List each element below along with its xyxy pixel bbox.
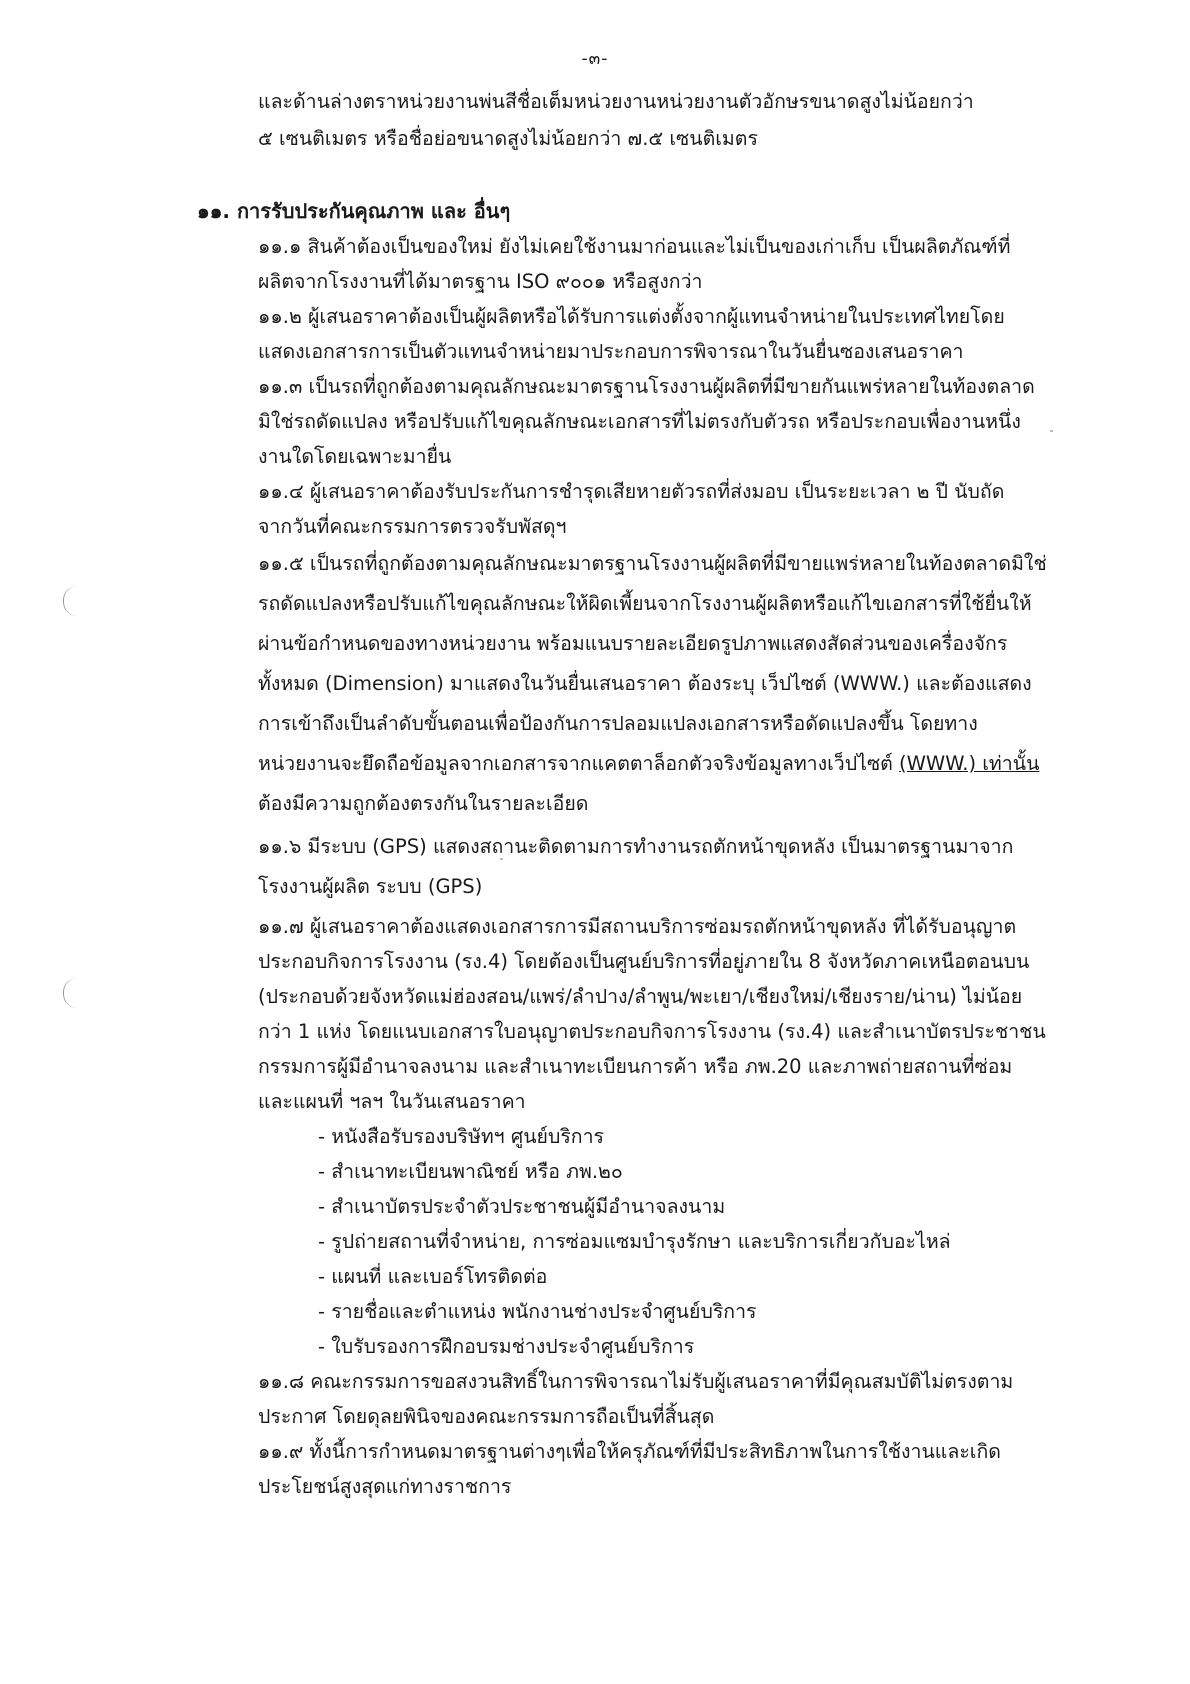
paragraph-line: การเข้าถึงเป็นลำดับขั้นตอนเพื่อป้องกันกา… <box>258 710 978 738</box>
paragraph-line: ๑๑.๔ ผู้เสนอราคาต้องรับประกันการชำรุดเสี… <box>258 478 1004 506</box>
bullet-item: - แผนที่ และเบอร์โทรติดต่อ <box>318 1263 547 1291</box>
bullet-item: - ใบรับรองการฝึกอบรมช่างประจำศูนย์บริการ <box>318 1333 694 1361</box>
paragraph-line: หน่วยงานจะยึดถือข้อมูลจากเอกสารจากแคตตาล… <box>258 750 1039 778</box>
underlined-website-text: (WWW.) เท่านั้น <box>899 752 1039 775</box>
paragraph-line: ประโยชน์สูงสุดแก่ทางราชการ <box>258 1473 511 1501</box>
paragraph-line: ผ่านข้อกำหนดของทางหน่วยงาน พร้อมแนบรายละ… <box>258 630 1007 658</box>
paragraph-line: ๑๑.๖ มีระบบ (GPS) แสดงสถานะติดตามการทำงา… <box>258 833 1013 861</box>
punch-hole-mark <box>63 586 78 616</box>
paragraph-line: ๑๑.๓ เป็นรถที่ถูกต้องตามคุณลักษณะมาตรฐาน… <box>258 373 1035 401</box>
paragraph-line: และแผนที่ ฯลฯ ในวันเสนอราคา <box>258 1088 526 1116</box>
paragraph-line: มิใช่รถดัดแปลง หรือปรับแก้ไขคุณลักษณะเอก… <box>258 408 1021 436</box>
paragraph-line: (ประกอบด้วยจังหวัดแม่ฮ่องสอน/แพร่/ลำปาง/… <box>258 983 1022 1011</box>
paragraph-text: หน่วยงานจะยึดถือข้อมูลจากเอกสารจากแคตตาล… <box>258 752 899 775</box>
page-number: -๓- <box>0 45 1190 72</box>
paragraph-line: ๑๑.๕ เป็นรถที่ถูกต้องตามคุณลักษณะมาตรฐาน… <box>258 550 1047 578</box>
scan-speck <box>1050 430 1053 432</box>
bullet-item: - รายชื่อและตำแหน่ง พนักงานช่างประจำศูนย… <box>318 1298 757 1326</box>
intro-line: ๕ เซนติเมตร หรือชื่อย่อขนาดสูงไม่น้อยกว่… <box>258 125 758 153</box>
scan-speck <box>500 858 503 860</box>
bullet-item: - หนังสือรับรองบริษัทฯ ศูนย์บริการ <box>318 1123 604 1151</box>
intro-line: และด้านล่างตราหน่วยงานพ่นสีชื่อเต็มหน่วย… <box>258 88 974 116</box>
paragraph-line: ประกอบกิจการโรงงาน (รง.4) โดยต้องเป็นศูน… <box>258 948 1029 976</box>
bullet-item: - สำเนาทะเบียนพาณิชย์ หรือ ภพ.๒๐ <box>318 1158 623 1186</box>
punch-hole-mark <box>63 978 78 1008</box>
paragraph-line: ๑๑.๘ คณะกรรมการขอสงวนสิทธิ์ในการพิจารณาไ… <box>258 1368 1013 1396</box>
paragraph-line: รถดัดแปลงหรือปรับแก้ไขคุณลักษณะให้ผิดเพี… <box>258 590 1032 618</box>
paragraph-line: งานใดโดยเฉพาะมายื่น <box>258 443 451 471</box>
paragraph-line: กรรมการผู้มีอำนาจลงนาม และสำเนาทะเบียนกา… <box>258 1053 1012 1081</box>
paragraph-line: กว่า 1 แห่ง โดยแนบเอกสารใบอนุญาตประกอบกิ… <box>258 1018 1046 1046</box>
bullet-item: - รูปถ่ายสถานที่จำหน่าย, การซ่อมแซมบำรุง… <box>318 1228 951 1256</box>
paragraph-line: โรงงานผู้ผลิต ระบบ (GPS) <box>258 873 482 901</box>
paragraph-line: ๑๑.๑ สินค้าต้องเป็นของใหม่ ยังไม่เคยใช้ง… <box>258 233 1010 261</box>
paragraph-line: ต้องมีความถูกต้องตรงกันในรายละเอียด <box>258 790 588 818</box>
bullet-item: - สำเนาบัตรประจำตัวประชาชนผู้มีอำนาจลงนา… <box>318 1193 725 1221</box>
paragraph-line: ประกาศ โดยดุลยพินิจของคณะกรรมการถือเป็นท… <box>258 1403 714 1431</box>
paragraph-line: ทั้งหมด (Dimension) มาแสดงในวันยื่นเสนอร… <box>258 670 1032 698</box>
section-heading: ๑๑. การรับประกันคุณภาพ และ อื่นๆ <box>197 197 510 225</box>
paragraph-line: ผลิตจากโรงงานที่ได้มาตรฐาน ISO ๙๐๐๑ หรือ… <box>258 268 703 296</box>
paragraph-line: ๑๑.๗ ผู้เสนอราคาต้องแสดงเอกสารการมีสถานบ… <box>258 913 1016 941</box>
paragraph-line: แสดงเอกสารการเป็นตัวแทนจำหน่ายมาประกอบกา… <box>258 338 963 366</box>
paragraph-line: ๑๑.๙ ทั้งนี้การกำหนดมาตรฐานต่างๆเพื่อให้… <box>258 1438 1001 1466</box>
paragraph-line: ๑๑.๒ ผู้เสนอราคาต้องเป็นผู้ผลิตหรือได้รั… <box>258 303 1005 331</box>
paragraph-line: จากวันที่คณะกรรมการตรวจรับพัสดุฯ <box>258 513 567 541</box>
